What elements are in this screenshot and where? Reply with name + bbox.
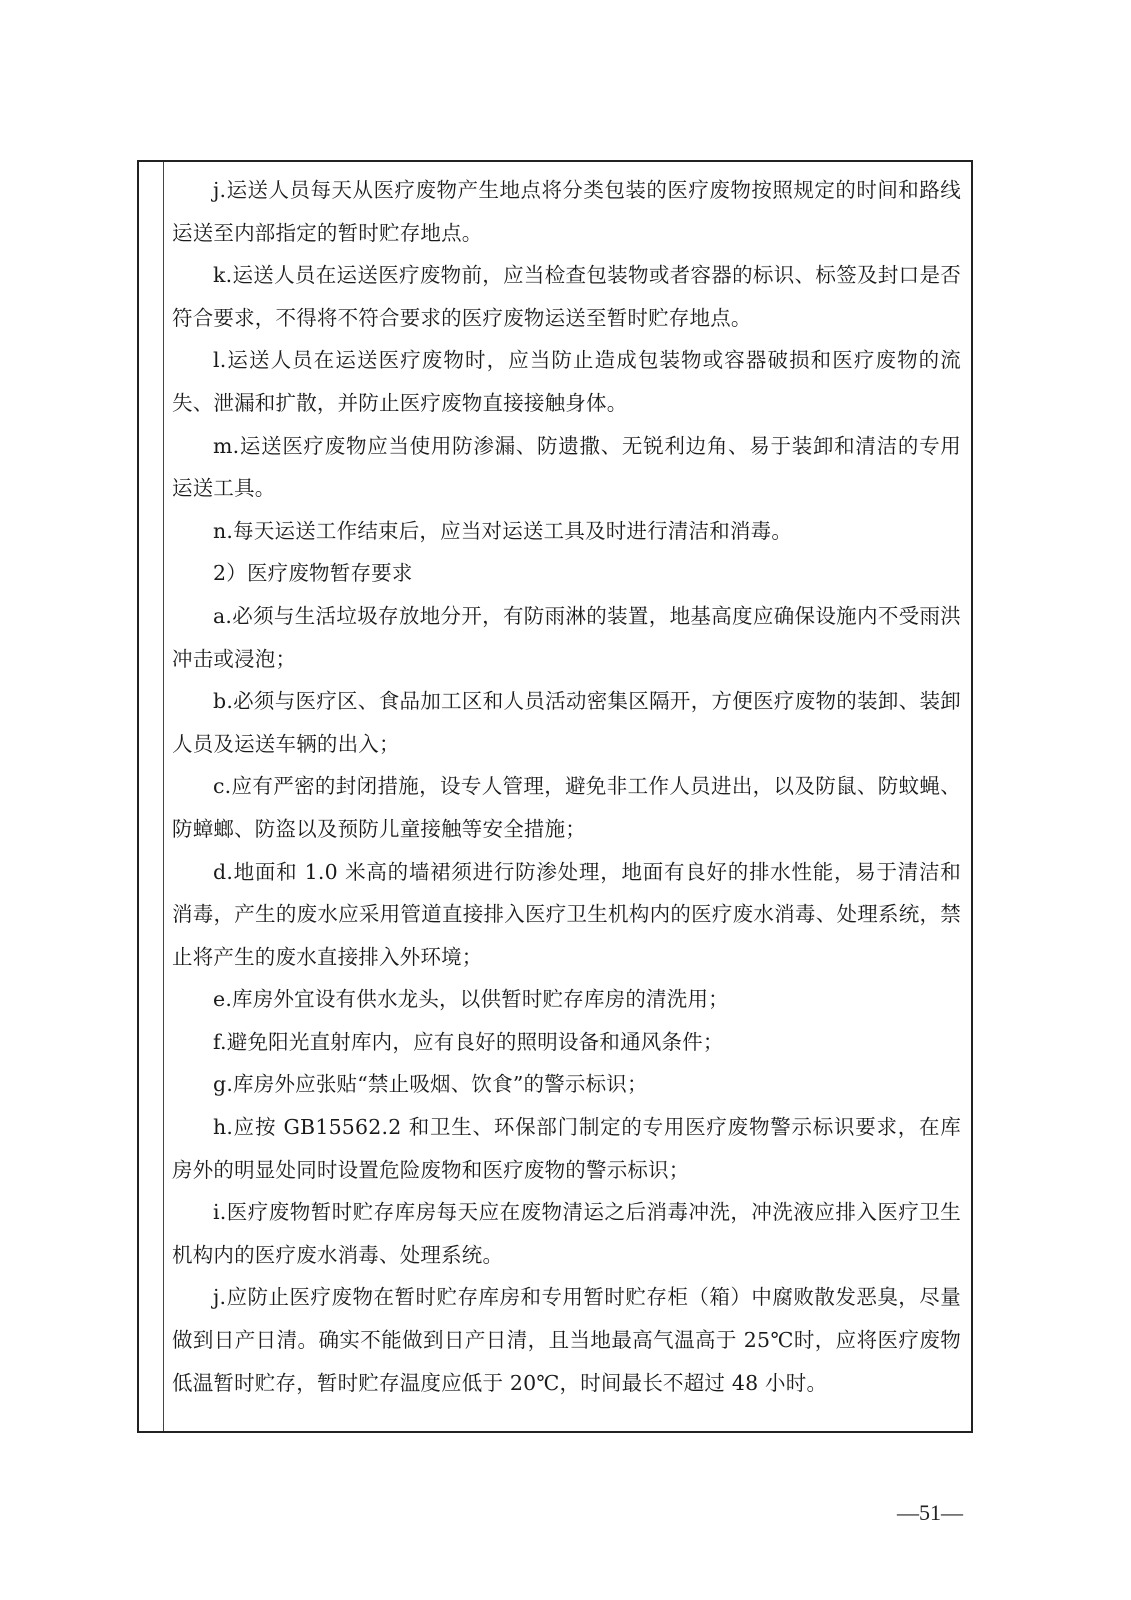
paragraph-n-cleaning: n.每天运送工作结束后，应当对运送工具及时进行清洁和消毒。 (172, 510, 961, 553)
paragraph-j-transport: j.运送人员每天从医疗废物产生地点将分类包装的医疗废物按照规定的时间和路线运送至… (172, 169, 961, 254)
content-table: j.运送人员每天从医疗废物产生地点将分类包装的医疗废物按照规定的时间和路线运送至… (137, 160, 973, 1433)
paragraph-g: g.库房外应张贴“禁止吸烟、饮食”的警示标识； (172, 1063, 961, 1106)
paragraph-k-inspect: k.运送人员在运送医疗废物前，应当检查包装物或者容器的标识、标签及封口是否符合要… (172, 254, 961, 339)
page-number: —51— (880, 1500, 980, 1526)
section-heading-storage: 2）医疗废物暂存要求 (172, 552, 961, 595)
paragraph-h: h.应按 GB15562.2 和卫生、环保部门制定的专用医疗废物警示标识要求，在… (172, 1106, 961, 1191)
paragraph-j-storage: j.应防止医疗废物在暂时贮存库房和专用暂时贮存柜（箱）中腐败散发恶臭，尽量做到日… (172, 1276, 961, 1404)
paragraph-m-tools: m.运送医疗废物应当使用防渗漏、防遗撒、无锐利边角、易于装卸和清洁的专用运送工具… (172, 425, 961, 510)
paragraph-c: c.应有严密的封闭措施，设专人管理，避免非工作人员进出，以及防鼠、防蚊蝇、防蟑螂… (172, 765, 961, 850)
paragraph-b: b.必须与医疗区、食品加工区和人员活动密集区隔开，方便医疗废物的装卸、装卸人员及… (172, 680, 961, 765)
paragraph-f: f.避免阳光直射库内，应有良好的照明设备和通风条件； (172, 1021, 961, 1064)
table-content-cell: j.运送人员每天从医疗废物产生地点将分类包装的医疗废物按照规定的时间和路线运送至… (172, 169, 961, 1404)
paragraph-i: i.医疗废物暂时贮存库房每天应在废物清运之后消毒冲洗，冲洗液应排入医疗卫生机构内… (172, 1191, 961, 1276)
paragraph-l-prevent: l.运送人员在运送医疗废物时，应当防止造成包装物或容器破损和医疗废物的流失、泄漏… (172, 339, 961, 424)
paragraph-e: e.库房外宜设有供水龙头，以供暂时贮存库房的清洗用； (172, 978, 961, 1021)
paragraph-d: d.地面和 1.0 米高的墙裙须进行防渗处理，地面有良好的排水性能，易于清洁和消… (172, 851, 961, 979)
table-left-column (139, 162, 164, 1431)
paragraph-a: a.必须与生活垃圾存放地分开，有防雨淋的装置，地基高度应确保设施内不受雨洪冲击或… (172, 595, 961, 680)
